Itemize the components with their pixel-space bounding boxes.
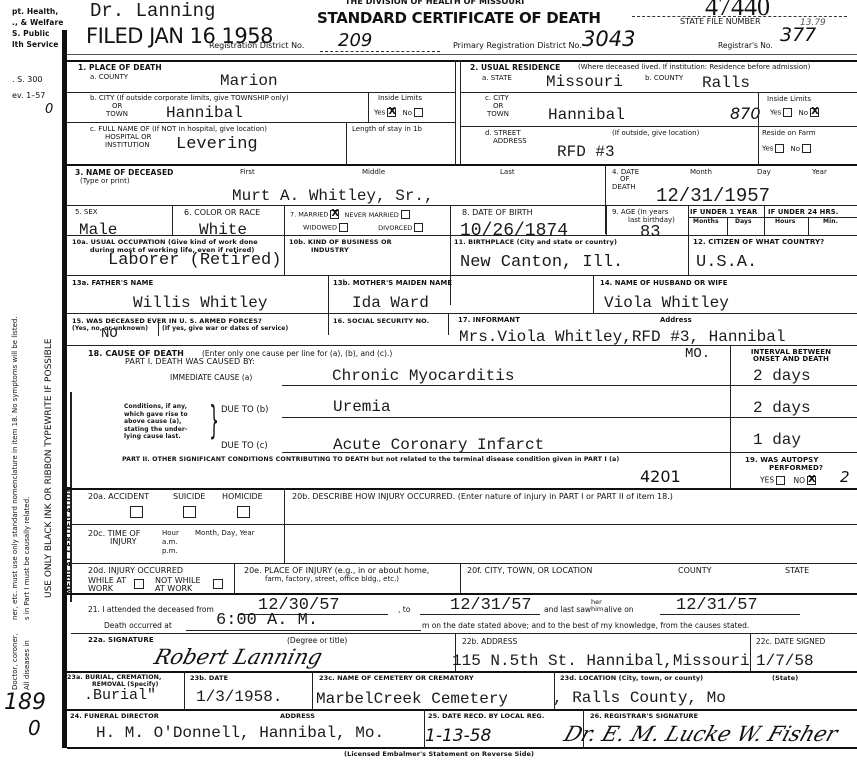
am-label: a.m. bbox=[162, 539, 178, 547]
divider bbox=[368, 92, 369, 122]
hours-label: Hours bbox=[775, 219, 795, 225]
divider bbox=[320, 51, 440, 52]
residence-county-value: Ralls bbox=[702, 75, 750, 91]
part-2-label: PART II. OTHER SIGNIFICANT CONDITIONS CO… bbox=[122, 457, 619, 464]
while-at-work-checkbox[interactable] bbox=[134, 579, 144, 589]
birthplace-value: New Canton, Ill. bbox=[460, 254, 623, 271]
date-received-value: 1-13-58 bbox=[425, 726, 491, 746]
residence-city-town: TOWN bbox=[487, 111, 509, 119]
day-label: Day bbox=[757, 169, 771, 177]
divider bbox=[234, 563, 235, 593]
cemetery-value: MarbelCreek Cemetery bbox=[316, 691, 508, 707]
last-saw-value: 12/31/57 bbox=[676, 597, 758, 614]
divider bbox=[71, 633, 857, 634]
inside-limits-options: Yes No bbox=[374, 108, 423, 117]
occupation-label: 10a. USUAL OCCUPATION (Give kind of work… bbox=[72, 239, 258, 246]
informant-label: 17. INFORMANT bbox=[458, 317, 520, 324]
agency-line: S. Public bbox=[12, 28, 63, 39]
alive-on-label: alive on bbox=[604, 606, 634, 614]
form-revision: ev. 1–57 bbox=[12, 92, 45, 101]
spouse-name-label: 14. NAME OF HUSBAND OR WIFE bbox=[600, 280, 728, 287]
vertical-instruction: All diseases in bbox=[24, 640, 32, 690]
autopsy-label-2: PERFORMED? bbox=[769, 465, 823, 472]
divider bbox=[67, 164, 857, 166]
street-label-2: ADDRESS bbox=[493, 138, 527, 146]
accident-checkbox[interactable] bbox=[130, 506, 143, 518]
married-checkbox[interactable] bbox=[330, 210, 339, 219]
yes-label: Yes bbox=[762, 145, 773, 153]
state-file-number-label: STATE FILE NUMBER bbox=[680, 18, 761, 27]
interval-label-2: ONSET AND DEATH bbox=[736, 356, 846, 363]
divider bbox=[67, 488, 857, 490]
primary-district-label: Primary Registration District No. bbox=[453, 42, 582, 51]
social-security-label: 16. SOCIAL SECURITY NO. bbox=[333, 318, 429, 325]
divider bbox=[282, 452, 857, 453]
divider bbox=[312, 671, 313, 709]
divider bbox=[67, 275, 857, 276]
typewrite-instruction: USE ONLY BLACK INK OR RIBBON TYPEWRITE I… bbox=[44, 338, 54, 598]
mother-name-value: Ida Ward bbox=[352, 295, 429, 311]
due-to-b-label: DUE TO (b) bbox=[221, 406, 268, 415]
agency-notes: pt. Health, ., & Welfare S. Public lth S… bbox=[12, 6, 63, 50]
divider bbox=[284, 488, 285, 563]
married-label: MARRIED bbox=[298, 211, 328, 219]
divider bbox=[172, 205, 173, 235]
divider bbox=[67, 235, 857, 236]
year-label: Year bbox=[812, 169, 827, 177]
residence-state-label: a. STATE bbox=[482, 75, 512, 83]
margin-mark: 0 bbox=[45, 102, 53, 117]
divider bbox=[606, 205, 607, 235]
divider bbox=[450, 205, 451, 305]
suicide-checkbox[interactable] bbox=[183, 506, 196, 518]
usual-residence-label: 2. USUAL RESIDENCE bbox=[470, 64, 560, 72]
injury-state-label: STATE bbox=[785, 567, 809, 576]
divider bbox=[71, 563, 857, 564]
place-of-death-label: 1. PLACE OF DEATH bbox=[78, 64, 162, 72]
divider bbox=[186, 630, 421, 631]
divider bbox=[282, 417, 857, 418]
deceased-name-sub: (Type or print) bbox=[80, 178, 130, 186]
month-day-year-label: Month, Day, Year bbox=[195, 530, 254, 538]
to-label: , to bbox=[398, 606, 410, 614]
month-label: Month bbox=[690, 169, 712, 177]
medical-section-border bbox=[70, 392, 72, 602]
divider bbox=[67, 593, 857, 595]
death-county-value: Marion bbox=[220, 73, 278, 89]
inside-limits-label: Inside Limits bbox=[378, 95, 422, 103]
form-left-border bbox=[62, 30, 67, 748]
divider bbox=[750, 633, 751, 671]
conditions-note-line: stating the under- bbox=[124, 426, 188, 434]
vertical-instruction: ner, etc. must use only standard nomencl… bbox=[12, 316, 20, 620]
accident-label: 20a. ACCIDENT bbox=[88, 493, 149, 502]
birthplace-label: 11. BIRTHPLACE (City and state or countr… bbox=[454, 239, 617, 246]
divider bbox=[67, 60, 857, 62]
citizen-label: 12. CITIZEN OF WHAT COUNTRY? bbox=[693, 239, 824, 246]
divider bbox=[758, 92, 759, 164]
interval-a-value: 2 days bbox=[753, 368, 811, 384]
death-time-value: 6:00 A. M. bbox=[216, 612, 318, 629]
homicide-checkbox[interactable] bbox=[237, 506, 250, 518]
county-label: a. COUNTY bbox=[90, 74, 128, 82]
divider bbox=[460, 92, 857, 93]
homicide-label: HOMICIDE bbox=[222, 493, 263, 502]
margin-handwritten-number: 189 bbox=[4, 690, 46, 715]
divider bbox=[282, 385, 737, 386]
divider bbox=[184, 671, 185, 709]
burial-method-value: .Burial" bbox=[84, 688, 156, 703]
marital-status-row-2: WIDOWED DIVORCED bbox=[303, 223, 423, 232]
armed-forces-value: NO bbox=[101, 327, 118, 341]
due-to-b-value: Uremia bbox=[333, 399, 391, 415]
marital-status-row-1: 7. MARRIED NEVER MARRIED bbox=[290, 210, 410, 219]
min-label: Min. bbox=[823, 219, 838, 225]
death-city-value: Hannibal bbox=[166, 105, 243, 121]
date-of-death-label-death: DEATH bbox=[612, 184, 636, 192]
death-occurred-label: Death occurred at bbox=[104, 622, 172, 630]
business-label-2: INDUSTRY bbox=[311, 247, 349, 254]
immediate-cause-value: Chronic Myocarditis bbox=[332, 368, 514, 384]
burial-location-label: 23d. LOCATION (City, town, or county) bbox=[560, 675, 703, 682]
last-saw-label: and last saw bbox=[544, 606, 591, 614]
widowed-checkbox[interactable] bbox=[339, 223, 348, 232]
never-married-checkbox[interactable] bbox=[401, 210, 410, 219]
last-label: Last bbox=[500, 169, 515, 177]
conditions-note: Conditions, if any, which gave rise to a… bbox=[124, 403, 188, 441]
months-label: Months bbox=[693, 219, 719, 225]
conditions-note-line: Conditions, if any, bbox=[124, 403, 188, 411]
divider bbox=[448, 313, 449, 335]
residence-county-label: b. COUNTY bbox=[645, 75, 683, 83]
divider bbox=[764, 205, 765, 235]
conditions-note-line: above cause (a), bbox=[124, 418, 188, 426]
date-received-label: 25. DATE RECD. BY LOCAL REG. bbox=[428, 713, 544, 720]
farm-label: Reside on Farm bbox=[762, 130, 816, 138]
divider bbox=[688, 235, 689, 275]
autopsy-options: YES NO bbox=[760, 476, 816, 485]
divider bbox=[67, 92, 455, 93]
divider bbox=[346, 122, 347, 164]
divider bbox=[328, 275, 329, 335]
street-address-value: RFD #3 bbox=[557, 144, 615, 160]
residence-city-value: Hannibal bbox=[548, 107, 625, 123]
margin-handwritten-mark: 0 bbox=[28, 716, 41, 740]
father-name-value: Willis Whitley bbox=[133, 295, 267, 311]
mother-name-label: 13b. MOTHER'S MAIDEN NAME bbox=[333, 280, 452, 287]
under-24-hrs-label: IF UNDER 24 HRS. bbox=[768, 209, 838, 216]
interval-c-value: 1 day bbox=[753, 432, 801, 448]
her-him-label: her him bbox=[591, 599, 603, 613]
physician-address-value: 115 N.5th St. Hannibal,Missouri bbox=[452, 653, 750, 669]
deceased-name-value: Murt A. Whitley, Sr., bbox=[232, 188, 434, 204]
father-name-label: 13a. FATHER'S NAME bbox=[72, 280, 153, 287]
informant-address-label: Address bbox=[660, 317, 692, 324]
divorced-checkbox[interactable] bbox=[414, 223, 423, 232]
time-of-injury-label-2: INJURY bbox=[110, 538, 137, 547]
business-label: 10b. KIND OF BUSINESS OR bbox=[289, 239, 392, 246]
place-of-injury-label-2: farm, factory, street, office bldg., etc… bbox=[265, 576, 399, 584]
agency-line: pt. Health, bbox=[12, 6, 63, 17]
race-label: 6. COLOR OR RACE bbox=[184, 209, 260, 218]
age-value: 83 bbox=[640, 224, 660, 241]
divider bbox=[284, 235, 285, 275]
agency-line: ., & Welfare bbox=[12, 17, 63, 28]
attended-to-value: 12/31/57 bbox=[450, 597, 532, 614]
registrar-signature: Dr. E. M. Lucke W. Fisher bbox=[561, 722, 841, 746]
agency-line: lth Service bbox=[12, 39, 63, 50]
burial-date-label: 23b. DATE bbox=[190, 675, 228, 682]
embalmer-note: (Licensed Embalmer's Statement on Revers… bbox=[344, 751, 534, 758]
informant-value: Mrs.Viola Whitley,RFD #3, Hannibal bbox=[459, 329, 785, 345]
injury-city-label: 20f. CITY, TOWN, OR LOCATION bbox=[467, 567, 592, 576]
attended-label: 21. I attended the deceased from bbox=[88, 606, 214, 614]
no-label: No bbox=[403, 109, 413, 117]
date-signed-value: 1/7/58 bbox=[756, 653, 814, 669]
no-label: No bbox=[791, 145, 801, 153]
city-town-label: TOWN bbox=[106, 111, 128, 119]
residence-inside-limits-label: Inside Limits bbox=[767, 96, 811, 104]
residence-inside-yes-checkbox[interactable] bbox=[783, 108, 792, 117]
usual-residence-note: (Where deceased lived. If institution: R… bbox=[578, 64, 810, 72]
interval-b-value: 2 days bbox=[753, 400, 811, 416]
deceased-name-label: 3. NAME OF DECEASED bbox=[75, 169, 174, 177]
date-signed-label: 22c. DATE SIGNED bbox=[756, 638, 825, 646]
funeral-director-address-label: ADDRESS bbox=[280, 713, 315, 720]
immediate-cause-label: IMMEDIATE CAUSE (a) bbox=[170, 374, 252, 382]
divider bbox=[460, 126, 857, 127]
armed-forces-label-3: (If yes, give war or dates of service) bbox=[162, 326, 288, 332]
no-label: NO bbox=[793, 476, 805, 485]
conditions-note-line: which gave rise to bbox=[124, 411, 188, 419]
burial-state-label: (State) bbox=[772, 675, 798, 682]
divider bbox=[808, 217, 809, 235]
division-heading: THE DIVISION OF HEALTH OF MISSOURI bbox=[345, 0, 524, 6]
divider bbox=[71, 524, 857, 525]
part-2-code: 4201 bbox=[640, 467, 681, 486]
divider bbox=[67, 709, 857, 711]
divider bbox=[67, 313, 857, 314]
residence-hand-mark: 870 bbox=[730, 104, 761, 123]
funeral-director-label: 24. FUNERAL DIRECTOR bbox=[70, 713, 159, 720]
conditions-note-line: lying cause last. bbox=[124, 433, 188, 441]
physician-signature: Robert Lanning bbox=[152, 645, 325, 669]
informant-state-value: MO. bbox=[685, 347, 710, 361]
degree-label: (Degree or title) bbox=[287, 637, 347, 645]
spouse-name-value: Viola Whitley bbox=[604, 295, 729, 311]
first-label: First bbox=[240, 169, 255, 177]
interval-label: INTERVAL BETWEEN ONSET AND DEATH bbox=[736, 349, 846, 364]
days-label: Days bbox=[735, 219, 752, 225]
divider bbox=[593, 275, 594, 313]
residence-state-value: Missouri bbox=[546, 74, 623, 90]
attestation-statement: m on the date stated above; and to the b… bbox=[422, 622, 749, 630]
registration-district-value: 209 bbox=[338, 30, 372, 51]
suicide-label: SUICIDE bbox=[173, 493, 205, 502]
vertical-instruction: s in Part I must be causally related. bbox=[24, 497, 32, 620]
divider bbox=[460, 563, 461, 593]
marital-number: 7. bbox=[290, 211, 296, 219]
injury-description-label: 20b. DESCRIBE HOW INJURY OCCURRED. (Ente… bbox=[292, 493, 673, 502]
him-label: him bbox=[591, 606, 603, 613]
divider bbox=[688, 205, 689, 235]
yes-label: Yes bbox=[770, 109, 781, 117]
vertical-instruction: Doctor, coroner, bbox=[12, 633, 20, 690]
divider bbox=[284, 205, 285, 235]
divider bbox=[455, 60, 456, 164]
typed-doctor-name: Dr. Lanning bbox=[90, 2, 215, 21]
yes-label: Yes bbox=[374, 109, 385, 117]
autopsy-yes-checkbox[interactable] bbox=[776, 476, 785, 485]
certificate-title: STANDARD CERTIFICATE OF DEATH bbox=[317, 9, 601, 27]
widowed-label: WIDOWED bbox=[303, 224, 337, 232]
due-to-c-value: Acute Coronary Infarct bbox=[333, 437, 544, 453]
farm-no-checkbox[interactable] bbox=[802, 144, 811, 153]
injury-county-label: COUNTY bbox=[678, 567, 712, 576]
divider bbox=[67, 747, 857, 749]
length-of-stay-label: Length of stay in 1b bbox=[352, 126, 422, 134]
inside-limits-yes-checkbox[interactable] bbox=[387, 108, 396, 117]
autopsy-mark: 2 bbox=[840, 468, 850, 486]
divider bbox=[660, 614, 800, 615]
autopsy-no-checkbox[interactable] bbox=[807, 476, 816, 485]
divider bbox=[420, 614, 540, 615]
divider bbox=[67, 205, 857, 206]
due-to-c-label: DUE TO (c) bbox=[221, 442, 268, 451]
farm-yes-checkbox[interactable] bbox=[775, 144, 784, 153]
sex-label: 5. SEX bbox=[75, 209, 98, 217]
cemetery-label: 23c. NAME OF CEMETERY OR CREMATORY bbox=[319, 675, 474, 682]
registrar-signature-label: 26. REGISTRAR'S SIGNATURE bbox=[590, 713, 698, 720]
funeral-director-value: H. M. O'Donnell, Hannibal, Mo. bbox=[96, 725, 384, 741]
never-married-label: NEVER MARRIED bbox=[344, 211, 398, 219]
divider bbox=[460, 60, 461, 164]
primary-district-value: 3043 bbox=[582, 27, 635, 51]
signature-label: 22a. SIGNATURE bbox=[88, 637, 154, 644]
burial-location-value: , Ralls County, Mo bbox=[553, 690, 726, 706]
brace-icon: } bbox=[209, 400, 219, 440]
date-of-death-value: 12/31/1957 bbox=[656, 187, 770, 206]
form-number: . S. 300 bbox=[12, 76, 43, 85]
inside-limits-no-checkbox[interactable] bbox=[414, 108, 423, 117]
divider bbox=[158, 322, 159, 336]
residence-inside-options: Yes No bbox=[770, 108, 819, 117]
farm-options: Yes No bbox=[762, 144, 811, 153]
divider bbox=[67, 671, 857, 673]
date-of-birth-label: 8. DATE OF BIRTH bbox=[462, 209, 533, 218]
occupation-value: Laborer (Retired) bbox=[108, 252, 281, 269]
middle-label: Middle bbox=[362, 169, 385, 177]
registrars-extra: 13.79 bbox=[800, 18, 826, 28]
armed-forces-label: 15. WAS DECEASED EVER IN U. S. ARMED FOR… bbox=[72, 318, 262, 325]
registration-district-label: Registration District No. bbox=[209, 42, 304, 51]
divorced-label: DIVORCED bbox=[378, 224, 412, 232]
under-1-year-label: IF UNDER 1 YEAR bbox=[690, 209, 757, 216]
hour-label: Hour bbox=[162, 530, 179, 538]
residence-inside-no-checkbox[interactable] bbox=[810, 108, 819, 117]
not-while-at-work-checkbox[interactable] bbox=[213, 579, 223, 589]
street-note: (If outside, give location) bbox=[612, 130, 699, 138]
hospital-value: Levering bbox=[176, 136, 258, 153]
physician-address-label: 22b. ADDRESS bbox=[462, 638, 517, 646]
divider bbox=[67, 54, 857, 55]
hospital-label-2: INSTITUTION bbox=[105, 142, 150, 150]
burial-date-value: 1/3/1958. bbox=[196, 689, 282, 705]
registrars-no-label: Registrar's No. bbox=[718, 42, 773, 50]
no-label: No bbox=[799, 109, 809, 117]
part-1-label: PART I. DEATH WAS CAUSED BY: bbox=[125, 358, 255, 366]
divider bbox=[727, 217, 728, 235]
divider bbox=[67, 345, 857, 346]
divider bbox=[730, 385, 857, 386]
yes-label: YES bbox=[760, 476, 774, 485]
pm-label: p.m. bbox=[162, 548, 178, 556]
citizen-value: U.S.A. bbox=[696, 254, 757, 271]
injury-occurred-label: 20d. INJURY OCCURRED bbox=[88, 567, 183, 576]
divider bbox=[67, 122, 455, 123]
